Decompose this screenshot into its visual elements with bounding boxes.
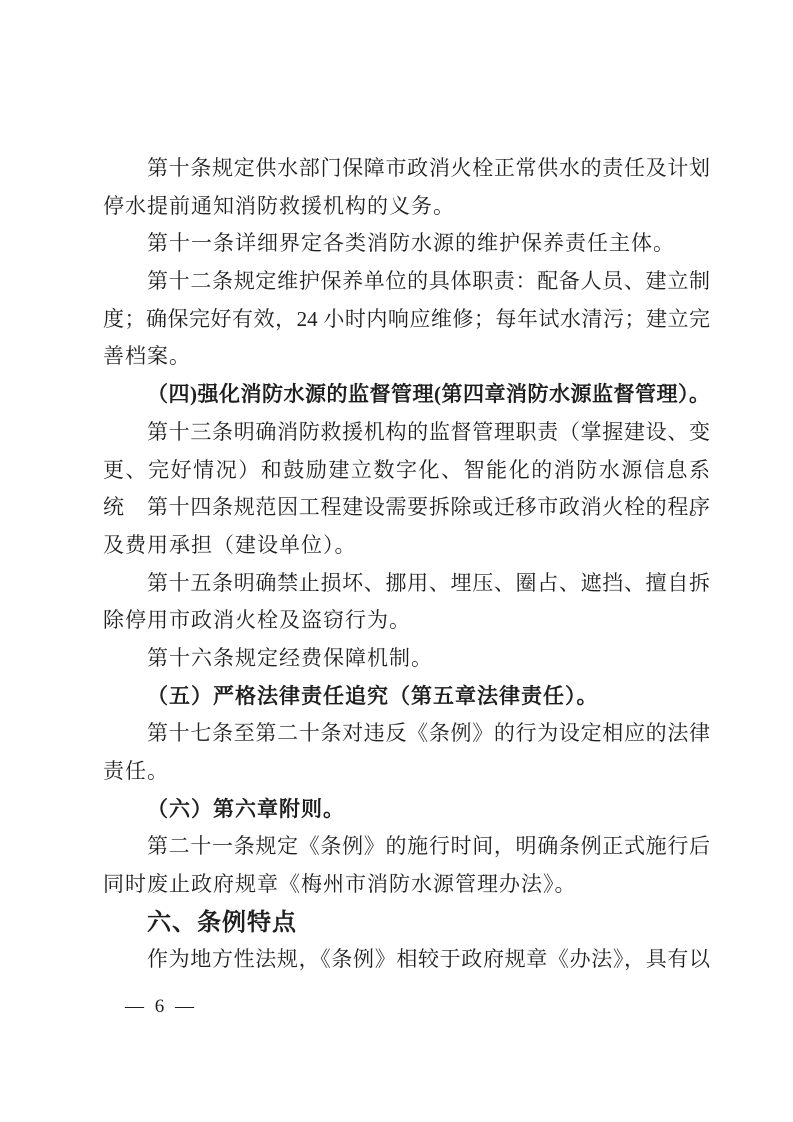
text-line: 第二十一条规定《条例》的施行时间，明确条例正式施行后 xyxy=(103,828,710,866)
text-line: 第十四条规范因工程建设需要拆除或迁移市政消火栓的程序 xyxy=(103,489,710,527)
text-line: 第十七条至第二十条对违反《条例》的行为设定相应的法律 xyxy=(103,715,710,753)
text-line: 作为地方性法规，《条例》相较于政府规章《办法》，具有以 xyxy=(103,941,710,979)
document-body: 第十条规定供水部门保障市政消火栓正常供水的责任及计划停水提前通知消防救援机构的义… xyxy=(103,150,710,979)
text-line: 第十六条规定经费保障机制。 xyxy=(103,640,710,678)
text-line: 第十二条规定维护保养单位的具体职责：配备人员、建立制 xyxy=(103,263,710,301)
text-line: 第十五条明确禁止损坏、挪用、埋压、圈占、遮挡、擅自拆 xyxy=(103,565,710,603)
page-number: — 6 — xyxy=(125,996,197,1017)
page-footer: — 6 — xyxy=(125,996,197,1018)
text-line: 责任。 xyxy=(103,753,710,791)
text-line: 更、完好情况）和鼓励建立数字化、智能化的消防水源信息系统。 xyxy=(103,452,710,490)
text-line: （六）第六章附则。 xyxy=(103,791,710,829)
text-line: 除停用市政消火栓及盗窃行为。 xyxy=(103,602,710,640)
text-line: 六、条例特点 xyxy=(103,904,710,942)
text-line: （四)强化消防水源的监督管理(第四章消防水源监督管理）。 xyxy=(103,376,710,414)
text-line: 第十条规定供水部门保障市政消火栓正常供水的责任及计划 xyxy=(103,150,710,188)
text-line: 同时废止政府规章《梅州市消防水源管理办法》。 xyxy=(103,866,710,904)
text-line: （五）严格法律责任追究（第五章法律责任）。 xyxy=(103,678,710,716)
text-line: 第十一条详细界定各类消防水源的维护保养责任主体。 xyxy=(103,225,710,263)
text-line: 第十三条明确消防救援机构的监督管理职责（掌握建设、变 xyxy=(103,414,710,452)
document-page: 第十条规定供水部门保障市政消火栓正常供水的责任及计划停水提前通知消防救援机构的义… xyxy=(0,0,793,1122)
text-line: 停水提前通知消防救援机构的义务。 xyxy=(103,188,710,226)
text-line: 善档案。 xyxy=(103,338,710,376)
text-line: 及费用承担（建设单位）。 xyxy=(103,527,710,565)
text-line: 度；确保完好有效，24 小时内响应维修；每年试水清污；建立完 xyxy=(103,301,710,339)
